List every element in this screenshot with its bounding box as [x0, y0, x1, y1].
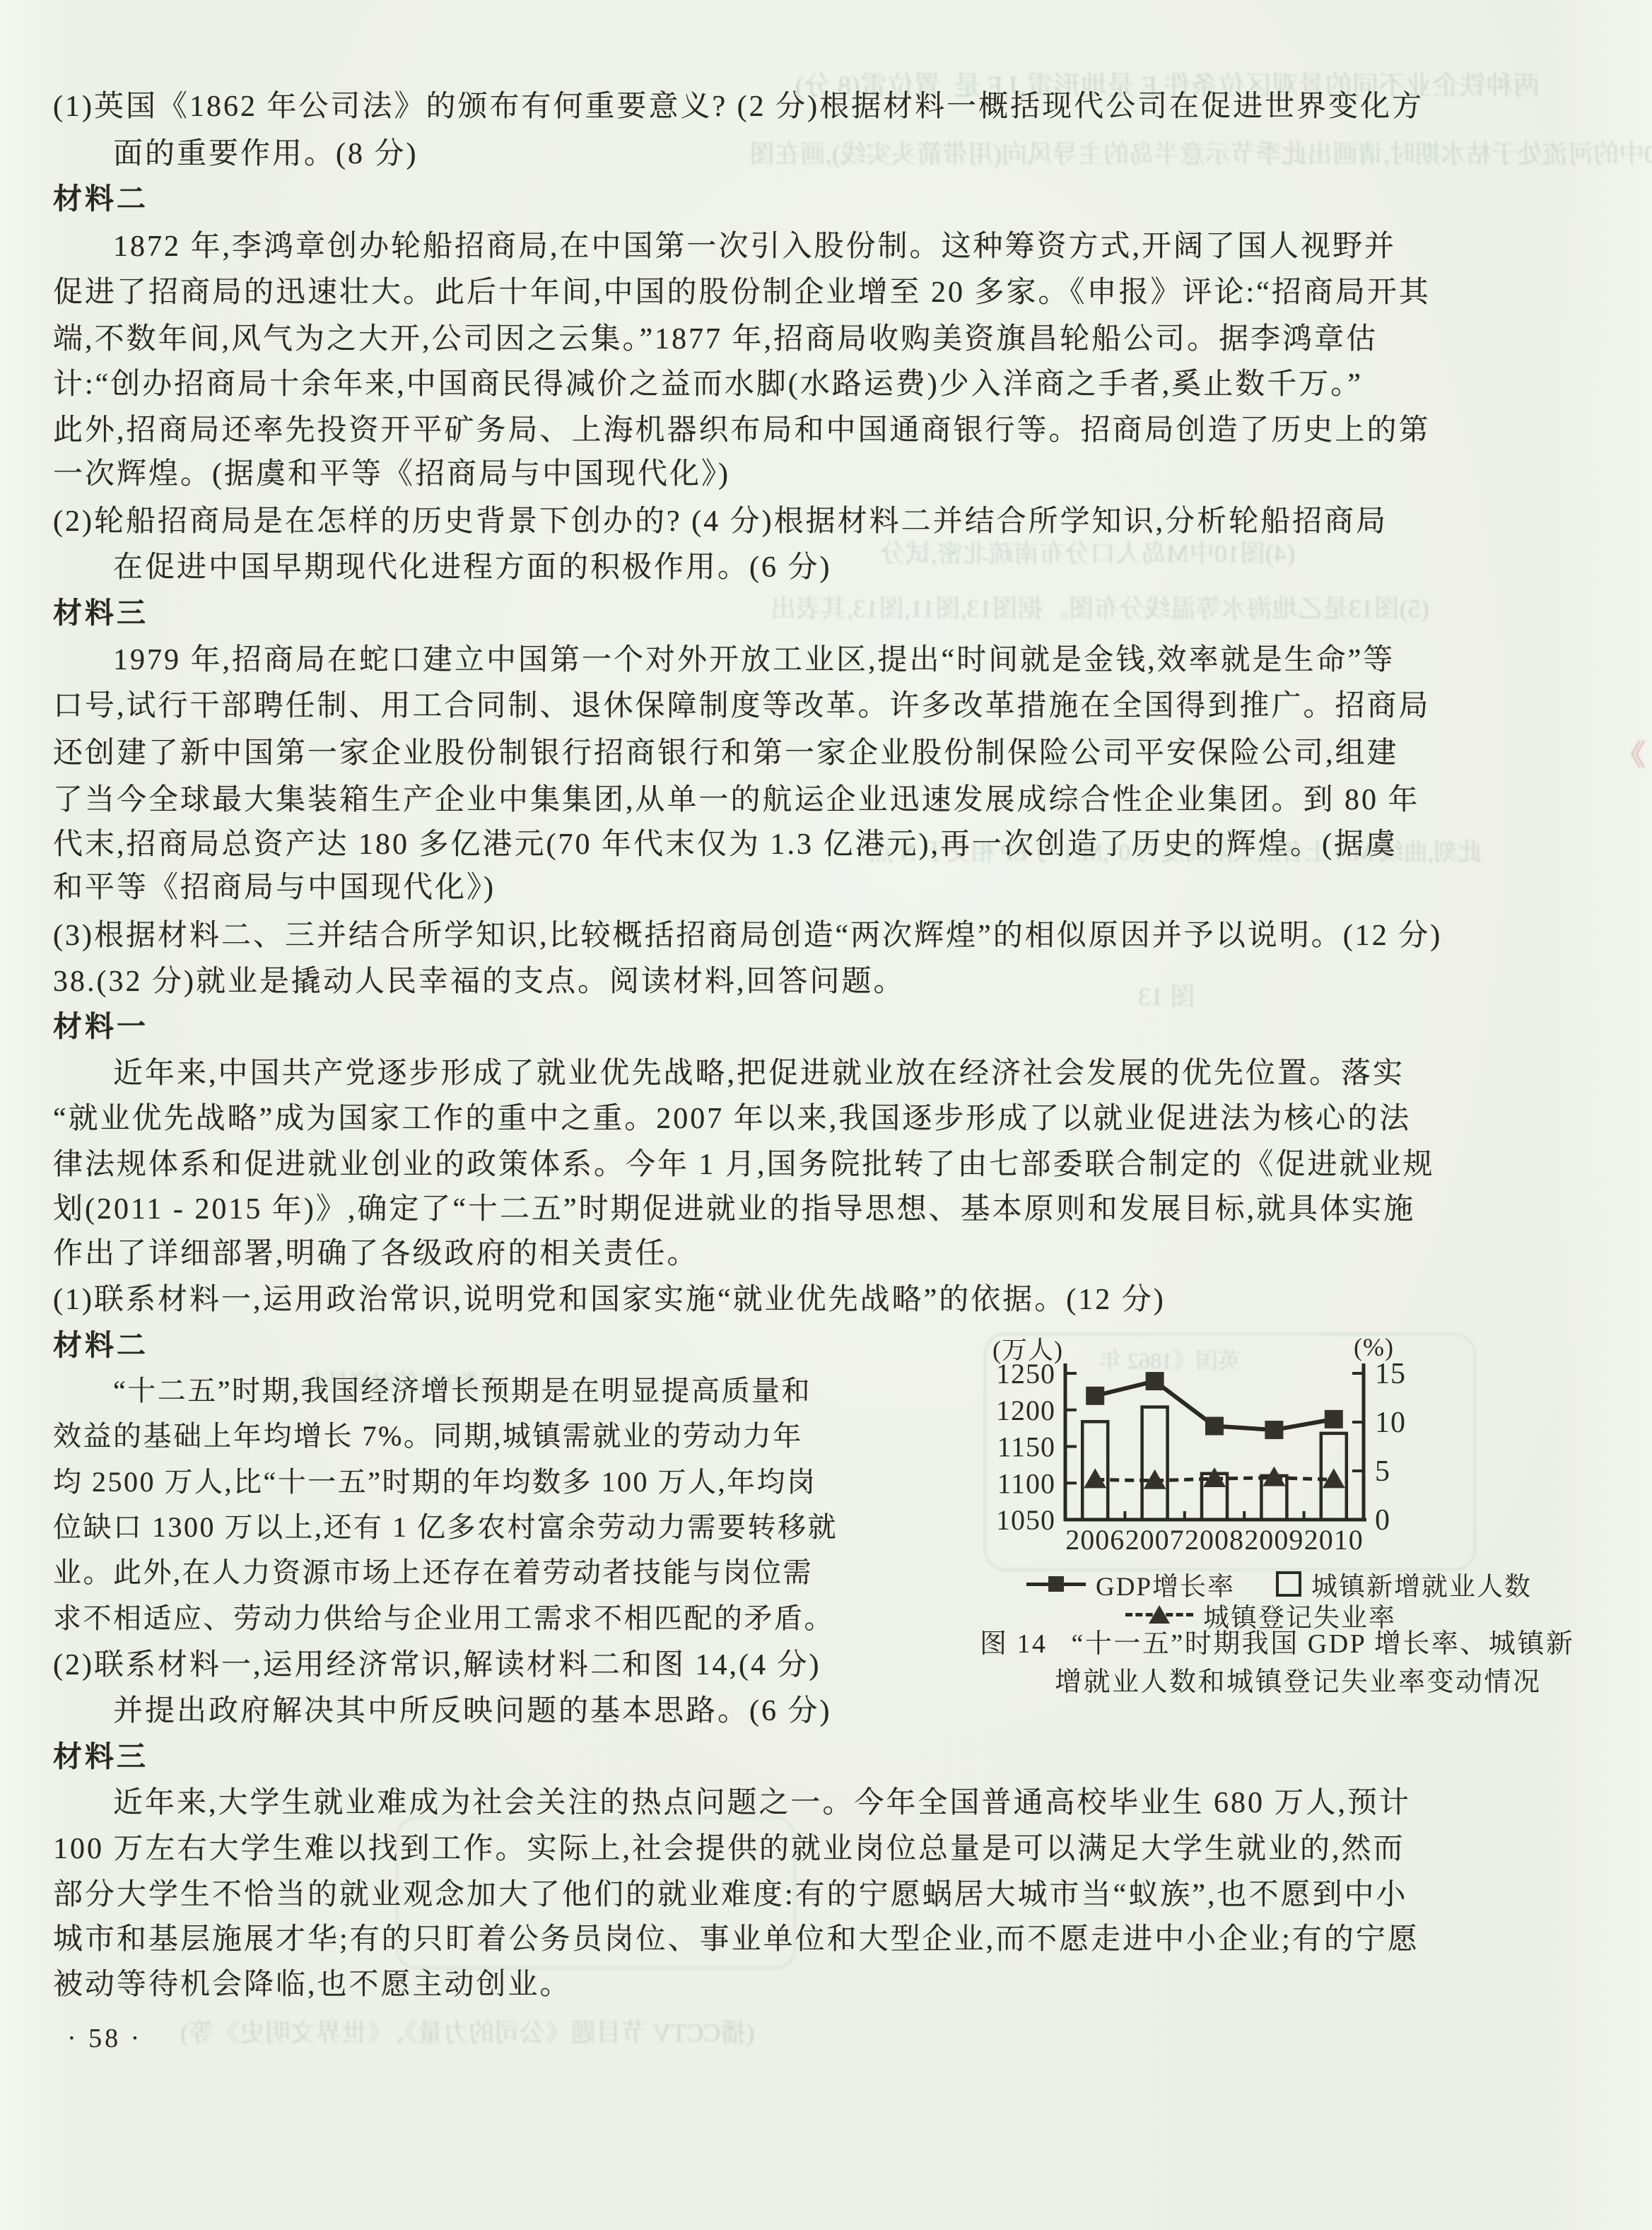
text-line: 律法规体系和促进就业创业的政策体系。今年 1 月,国务院批转了由七部委联合制定的…	[53, 1149, 1435, 1182]
bleedthrough-artifact: (播CCTV 节目题《公司的力量》、《世界文明史》等)	[180, 2013, 754, 2049]
text-line: 城市和基层施展才华;有的只盯着公务员岗位、事业单位和大型企业,而不愿走进中小企业…	[53, 1923, 1419, 1956]
text-line: 一次辉煌。(据虞和平等《招商局与中国现代化》)	[53, 458, 730, 491]
gdp-square-marker	[1205, 1417, 1224, 1436]
scanned-exam-page: 两种铁企业不同的景观区位条件,E 是地形雷,J,F 是 置位雷(8 分)(2)当…	[0, 0, 1652, 2230]
bleedthrough-artifact: 《	[1616, 732, 1646, 775]
text-line: (1)联系材料一,运用政治常识,说明党和国家实施“就业优先战略”的依据。(12 …	[53, 1284, 1166, 1317]
gdp-square-marker	[1146, 1372, 1164, 1390]
text-line: (2)轮船招商局是在怎样的历史背景下创办的? (4 分)根据材料二并结合所学知识…	[53, 505, 1388, 539]
text-line: 38.(32 分)就业是撬动人民幸福的支点。阅读材料,回答问题。	[53, 966, 905, 999]
material-label: 材料三	[53, 1741, 148, 1773]
right-tick-label: 10	[1375, 1407, 1406, 1439]
text-line: 被动等待机会降临,也不愿主动创业。	[53, 1968, 572, 2002]
text-line: (2)联系材料一,运用经济常识,解读材料二和图 14,(4 分)	[53, 1649, 821, 1682]
open-bar-marker-icon	[1276, 1571, 1301, 1597]
text-line: 在促进中国早期现代化进程方面的积极作用。(6 分)	[113, 551, 831, 585]
text-line: “就业优先战略”成为国家工作的重中之重。2007 年以来,我国逐步形成了以就业促…	[53, 1103, 1411, 1136]
year-label: 2008	[1185, 1524, 1244, 1556]
left-tick-label: 1150	[997, 1431, 1055, 1463]
text-line: (1)英国《1862 年公司法》的颁布有何重要意义? (2 分)根据材料一概括现…	[53, 90, 1424, 124]
material-label: 材料一	[53, 1011, 148, 1043]
text-line: 1979 年,招商局在蛇口建立中国第一个对外开放工业区,提出“时间就是金钱,效率…	[113, 644, 1395, 677]
text-line: 代末,招商局总资产达 180 多亿港元(70 年代末仅为 1.3 亿港元),再一…	[53, 828, 1398, 862]
text-line: 求不相适应、劳动力供给与企业用工需求不相匹配的矛盾。	[53, 1603, 834, 1635]
gdp-square-marker	[1265, 1421, 1283, 1439]
text-line: 端,不数年间,风气为之大开,公司因之云集。”1877 年,招商局收购美资旗昌轮船…	[53, 323, 1378, 356]
text-line: 计:“创办招商局十余年来,中国商民得减价之益而水脚(水路运费)少入洋商之手者,奚…	[53, 368, 1363, 401]
text-line: 100 万左右大学生难以找到工作。实际上,社会提供的就业岗位总量是可以满足大学生…	[53, 1833, 1405, 1866]
year-label: 2007	[1125, 1524, 1185, 1556]
year-label: 2006	[1065, 1524, 1125, 1556]
text-line: 近年来,中国共产党逐步形成了就业优先战略,把促进就业放在经济社会发展的优先位置。…	[113, 1057, 1405, 1091]
text-line: 效益的基础上年均增长 7%。同期,城镇需就业的劳动力年	[53, 1421, 803, 1453]
employment-bar	[1142, 1407, 1168, 1520]
text-line: 均 2500 万人,比“十一五”时期的年均数多 100 万人,年均岗	[53, 1467, 817, 1498]
text-line: 还创建了新中国第一家企业股份制银行招商银行和第一家企业股份制保险公司平安保险公司…	[53, 737, 1399, 770]
bleedthrough-artifact: (2)当图10中的河流处于枯水期时,请画出此季节示意半岛的主导风向(用带箭头实线…	[749, 134, 1652, 170]
figure-caption-line2: 增就业人数和城镇登记失业率变动情况	[1055, 1660, 1542, 1698]
right-tick-label: 0	[1375, 1504, 1390, 1537]
page-number: · 58 ·	[67, 2023, 142, 2054]
text-line: 面的重要作用。(8 分)	[113, 138, 418, 171]
material-label: 材料二	[53, 183, 148, 216]
text-line: 和平等《招商局与中国现代化》)	[53, 872, 496, 905]
bleedthrough-artifact: 图 13	[1138, 977, 1195, 1013]
gdp-square-marker	[1325, 1410, 1343, 1428]
figure-caption-label: 图 14	[980, 1629, 1048, 1659]
text-line: 促进了招商局的迅速壮大。此后十年间,中国的股份制企业增至 20 多家。《申报》评…	[53, 276, 1431, 310]
gdp-line-square-marker-icon	[1026, 1575, 1086, 1593]
text-line: 业。此外,在人力资源市场上还存在着劳动者技能与岗位需	[53, 1557, 813, 1589]
left-tick-label: 1100	[997, 1467, 1055, 1499]
year-label: 2010	[1304, 1524, 1364, 1556]
text-line: 划(2011 - 2015 年)》,确定了“十二五”时期促进就业的指导思想、基本…	[53, 1193, 1415, 1226]
figure-caption-line1: 图 14“十一五”时期我国 GDP 增长率、城镇新	[980, 1621, 1574, 1660]
text-line: 口号,试行干部聘任制、用工合同制、退休保障制度等改革。许多改革措施在全国得到推广…	[53, 690, 1431, 723]
bleedthrough-artifact: (5)图13是乙地海水等温线分布图。据图13,图11,图13,其表出	[771, 589, 1429, 625]
right-tick-label: 5	[1375, 1455, 1390, 1488]
figure-14: 1250120011501100105015105020062007200820…	[976, 1327, 1647, 1734]
text-line: 部分大学生不恰当的就业观念加大了他们的就业难度:有的宁愿蜗居大城市当“蚁族”,也…	[53, 1879, 1407, 1912]
bleedthrough-artifact: (4)图10中M岛人口分布南疏北密,试分	[880, 534, 1295, 570]
text-line: “十二五”时期,我国经济增长预期是在明显提高质量和	[113, 1375, 812, 1407]
text-line: (3)根据材料二、三并结合所学知识,比较概括招商局创造“两次辉煌”的相似原因并予…	[53, 920, 1442, 953]
text-line: 位缺口 1300 万以上,还有 1 亿多农村富余劳动力需要转移就	[53, 1512, 838, 1544]
gdp-square-marker	[1086, 1387, 1104, 1405]
material-label: 材料三	[53, 597, 148, 630]
figure14-chart: 1250120011501100105015105020062007200820…	[976, 1327, 1428, 1571]
right-tick-label: 15	[1375, 1358, 1406, 1390]
year-label: 2009	[1244, 1524, 1304, 1556]
text-line: 并提出政府解决其中所反映问题的基本思路。(6 分)	[113, 1695, 831, 1728]
text-line: 作出了详细部署,明确了各级政府的相关责任。	[53, 1238, 699, 1271]
left-tick-label: 1050	[996, 1504, 1055, 1536]
figure-caption-text1: “十一五”时期我国 GDP 增长率、城镇新	[1072, 1629, 1575, 1659]
right-axis-unit: (%)	[1354, 1333, 1394, 1361]
text-line: 近年来,大学生就业难成为社会关注的热点问题之一。今年全国普通高校毕业生 680 …	[113, 1787, 1411, 1820]
material-label: 材料二	[53, 1330, 148, 1362]
text-line: 1872 年,李鸿章创办轮船招商局,在中国第一次引入股份制。这种筹资方式,开阔了…	[113, 230, 1396, 264]
text-line: 此外,招商局还率先投资开平矿务局、上海机器织布局和中国通商银行等。招商局创造了历…	[53, 414, 1431, 447]
left-tick-label: 1200	[996, 1395, 1055, 1426]
text-line: 了当今全球最大集装箱生产企业中集集团,从单一的航运企业迅速发展成综合性企业集团。…	[53, 784, 1420, 817]
left-axis-unit: (万人)	[992, 1336, 1063, 1364]
